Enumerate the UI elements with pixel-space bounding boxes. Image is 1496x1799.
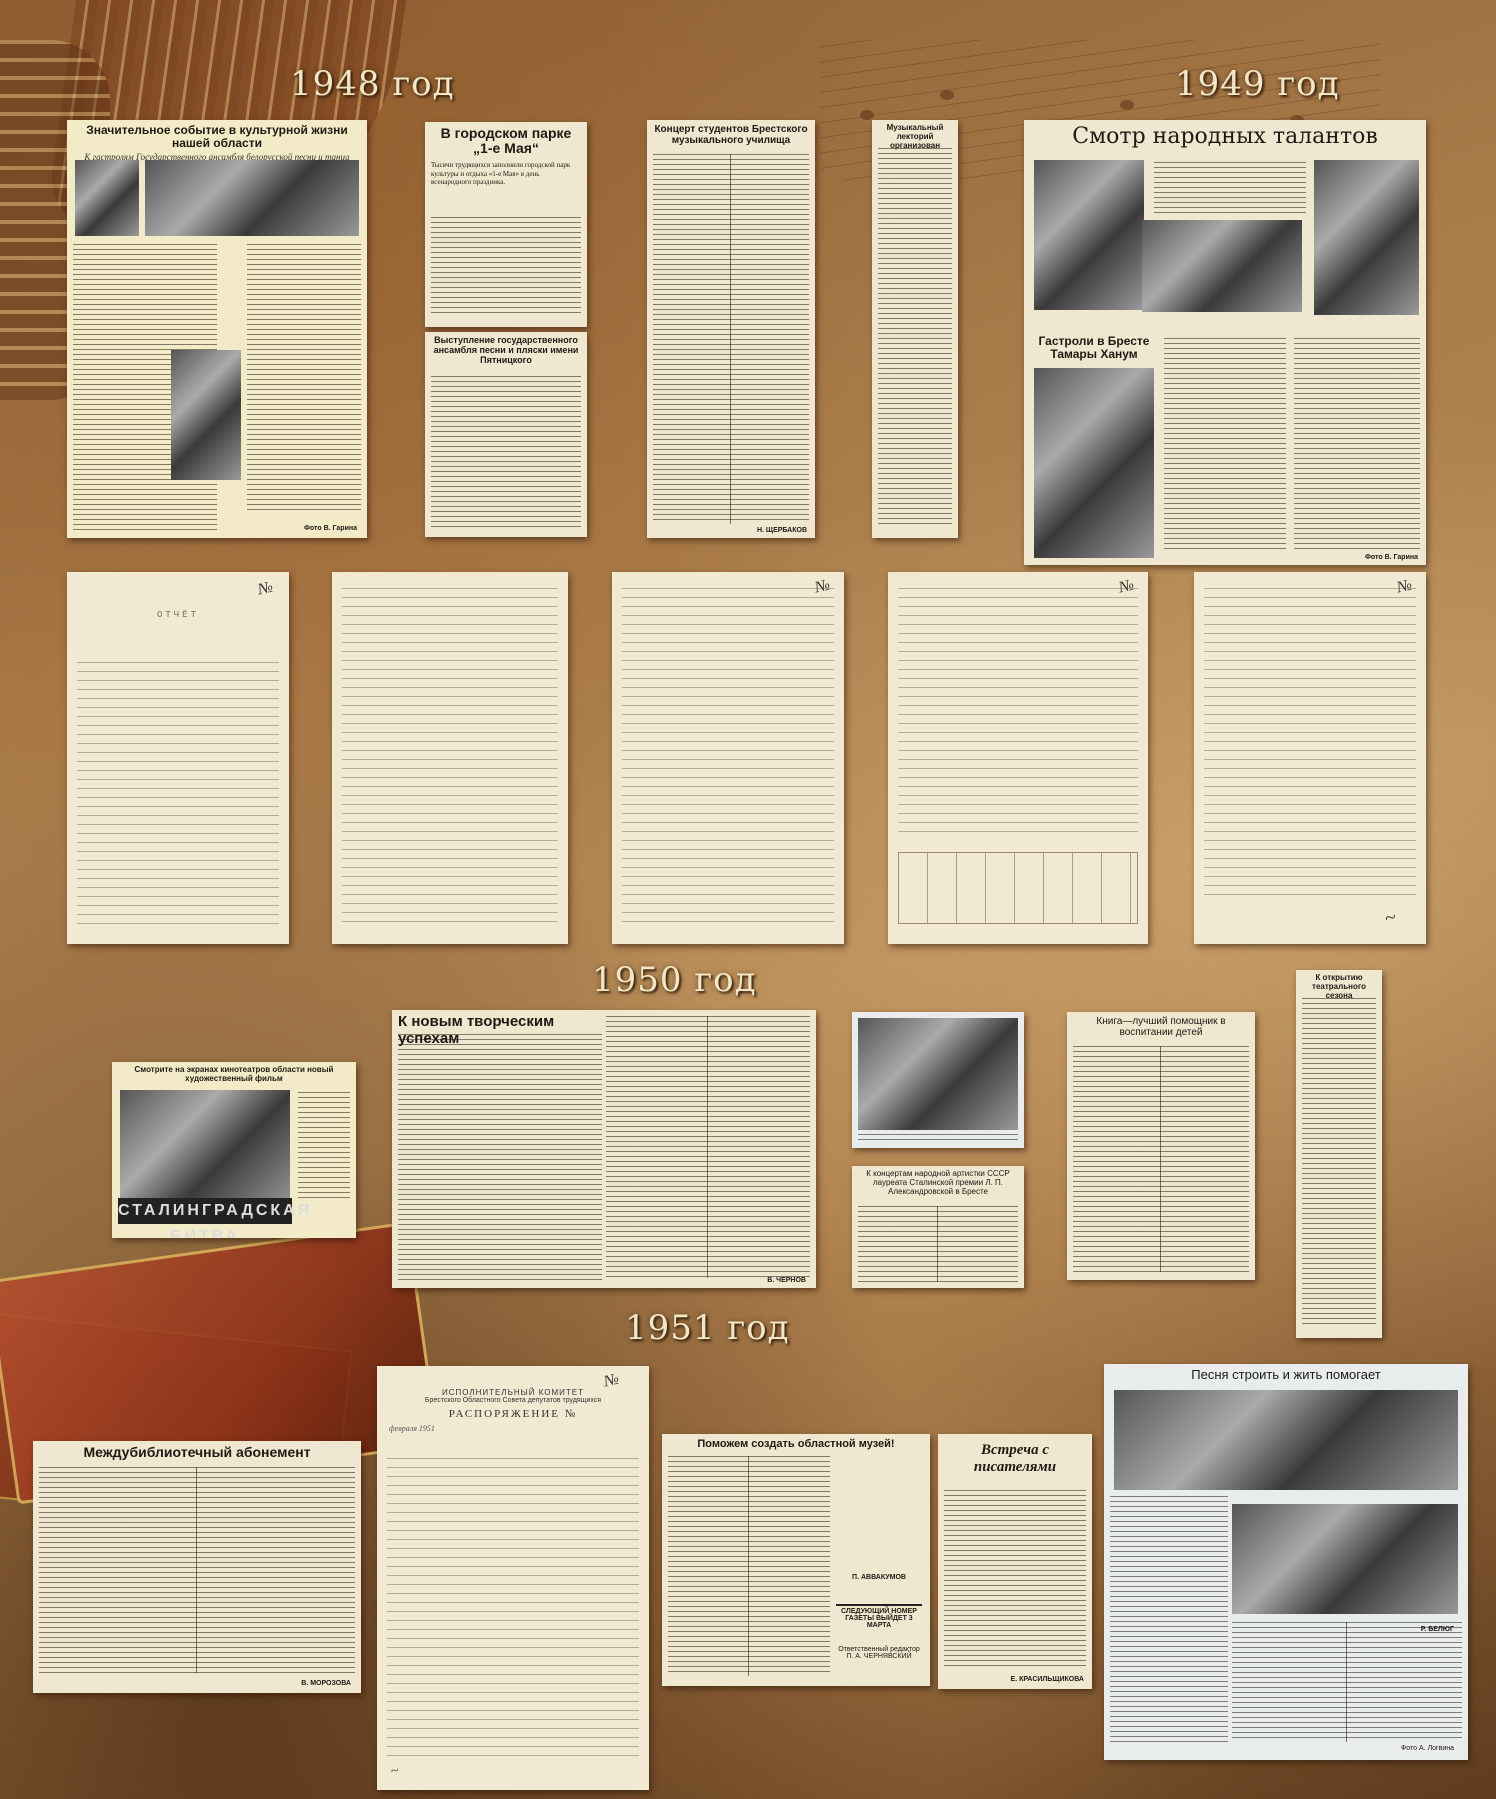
article-text <box>1294 338 1420 553</box>
data-table <box>898 852 1138 924</box>
next-issue-notice: СЛЕДУЮЩИЙ НОМЕР ГАЗЕТЫ ВЫЙДЕТ 3 МАРТА <box>836 1604 922 1629</box>
clipping-headline: Гастроли в Бресте Тамары Ханум <box>1034 335 1154 361</box>
article-text <box>298 1092 350 1202</box>
article-text <box>39 1467 355 1673</box>
tamara-khanum-photo <box>1034 368 1154 558</box>
typed-text <box>622 588 834 928</box>
article-text <box>606 1016 810 1278</box>
author-signature: Р. БЕЛЮГ <box>1421 1626 1454 1633</box>
typed-text <box>898 588 1138 838</box>
clipping-music-lecture: Музыкальный лекторий организован <box>872 120 958 538</box>
article-text <box>398 1034 602 1282</box>
clipping-headline: Поможем создать областной музей! <box>662 1434 930 1452</box>
choir-photo <box>1114 1390 1458 1490</box>
typed-text <box>342 588 558 928</box>
document-date: февраля 1951 <box>389 1424 637 1433</box>
clipping-pyatnitsky-ensemble: Выступление государственного ансамбля пе… <box>425 332 587 537</box>
film-still-photo <box>120 1090 290 1210</box>
clipping-ensemble-event: Значительное событие в культурной жизни … <box>67 120 367 538</box>
archive-document-signed: № ~ <box>1194 572 1426 944</box>
document-subheader: Брестского Областного Совета депутатов т… <box>377 1397 649 1404</box>
author-signature: П. АВВАКУМОВ <box>836 1574 922 1581</box>
clipping-headline: Междубиблиотечный абонемент <box>33 1441 361 1462</box>
editor-credit: Ответственный редактор П. А. ЧЕРНЯВСКИЙ <box>836 1646 922 1660</box>
author-signature: Н. ЩЕРБАКОВ <box>757 527 807 534</box>
archive-document-page: № <box>612 572 844 944</box>
dancers-photo <box>171 350 241 480</box>
handwritten-signature: ~ <box>1383 906 1398 931</box>
article-text <box>668 1456 830 1676</box>
clipping-headline: К концертам народной артистки СССР лауре… <box>852 1166 1024 1198</box>
handwritten-signature: ~ <box>389 1763 400 1780</box>
clipping-lead: Тысячи трудящихся заполнили городской па… <box>425 159 587 189</box>
clipping-headline: Смотр народных талантов <box>1024 120 1426 153</box>
author-signature: В. ЧЕРНОВ <box>767 1277 806 1284</box>
article-text <box>1232 1622 1462 1742</box>
archive-stamp: № <box>256 579 275 600</box>
clipping-children-photo <box>852 1012 1024 1148</box>
article-text <box>858 1206 1018 1282</box>
clipping-book-best-helper: Книга—лучший помощник в воспитании детей <box>1067 1012 1255 1280</box>
clipping-headline: Смотрите на экранах кинотеатров области … <box>112 1062 356 1086</box>
article-text <box>1154 162 1306 214</box>
typed-text <box>387 1458 639 1758</box>
clipping-headline: В городском парке „1-е Мая“ <box>425 122 587 159</box>
portrait-photo <box>75 160 139 236</box>
year-label-1949: 1949 год <box>1175 64 1340 104</box>
year-label-1950: 1950 год <box>592 960 757 1000</box>
article-text <box>431 217 581 317</box>
author-signature: Е. КРАСИЛЬЩИКОВА <box>1011 1676 1084 1683</box>
clipping-headline: Песня строить и жить помогает <box>1104 1364 1468 1384</box>
clipping-regional-museum: Поможем создать областной музей! П. АВВА… <box>662 1434 930 1686</box>
clipping-aleksandrovskaya-concert: К концертам народной артистки СССР лауре… <box>852 1166 1024 1288</box>
archive-stamp: № <box>602 1371 621 1392</box>
article-text <box>653 154 809 524</box>
clipping-theatre-season: К открытию театрального сезона <box>1296 970 1382 1338</box>
ensemble-group-photo <box>145 160 359 236</box>
children-reading-photo <box>858 1018 1018 1130</box>
photo-caption <box>858 1134 1018 1144</box>
article-text <box>1164 338 1286 553</box>
clipping-song-helps: Песня строить и жить помогает Р. БЕЛЮГ Ф… <box>1104 1364 1468 1760</box>
clipping-headline: Выступление государственного ансамбля пе… <box>425 332 587 368</box>
dancers-photo <box>1232 1504 1458 1614</box>
article-text <box>944 1490 1086 1666</box>
photo-credit: Фото В. Гарина <box>304 525 357 532</box>
author-signature: В. МОРОЗОВА <box>301 1680 351 1687</box>
performers-photo <box>1314 160 1419 315</box>
year-label-1951: 1951 год <box>625 1308 790 1348</box>
clipping-headline: Встреча с писателями <box>938 1434 1092 1479</box>
archive-document-table: № <box>888 572 1148 944</box>
clipping-music-school-concert: Концерт студентов Брестского музыкальног… <box>647 120 815 538</box>
clipping-new-creative-success: К новым творческим успехам В. ЧЕРНОВ <box>392 1010 816 1288</box>
clipping-stalingrad-film: Смотрите на экранах кинотеатров области … <box>112 1062 356 1238</box>
group-photo <box>1142 220 1302 312</box>
clipping-headline: Концерт студентов Брестского музыкальног… <box>647 120 815 148</box>
archive-document-page <box>332 572 568 944</box>
year-label-1948: 1948 год <box>290 64 455 104</box>
article-text <box>1073 1046 1249 1272</box>
clipping-city-park: В городском парке „1-е Мая“ Тысячи трудя… <box>425 122 587 327</box>
clipping-meeting-writers: Встреча с писателями Е. КРАСИЛЬЩИКОВА <box>938 1434 1092 1689</box>
article-text <box>247 244 361 514</box>
film-title-banner: СТАЛИНГРАДСКАЯ БИТВА <box>118 1198 292 1224</box>
photo-credit: Фото А. Логвина <box>1401 1745 1454 1752</box>
clipping-headline: Значительное событие в культурной жизни … <box>67 120 367 152</box>
typed-text <box>1204 588 1416 898</box>
article-text <box>431 376 581 531</box>
archive-document-report: ОТЧЁТ № <box>67 572 289 944</box>
clipping-interlibrary-loan: Междубиблиотечный абонемент В. МОРОЗОВА <box>33 1441 361 1693</box>
article-text <box>878 148 952 528</box>
document-title: РАСПОРЯЖЕНИЕ № <box>377 1408 649 1420</box>
dancers-photo <box>1034 160 1144 310</box>
photo-credit: Фото В. Гарина <box>1365 554 1418 561</box>
clipping-folk-talents-review: Смотр народных талантов Гастроли в Брест… <box>1024 120 1426 565</box>
article-text <box>1302 998 1376 1328</box>
typed-text <box>77 662 279 932</box>
document-title: ОТЧЁТ <box>67 610 289 620</box>
archive-order-document: ИСПОЛНИТЕЛЬНЫЙ КОМИТЕТ Брестского Област… <box>377 1366 649 1790</box>
clipping-headline: Книга—лучший помощник в воспитании детей <box>1067 1012 1255 1040</box>
article-text <box>1110 1496 1228 1746</box>
